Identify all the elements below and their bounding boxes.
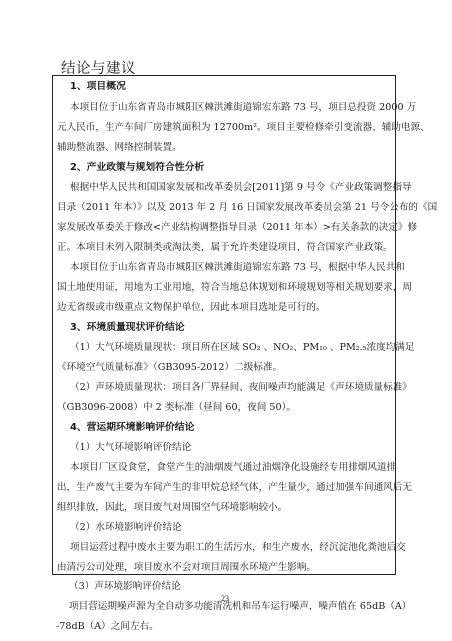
paragraph-line: 本项目厂区设食堂，食堂产生的油烟废气通过油烟净化设施经专用排烟风道排	[70, 462, 396, 474]
conclusion-box: 1、项目概况 本项目位于山东省青岛市城阳区棘洪滩街道锦宏东路 73 号，项目总投…	[52, 75, 396, 575]
section-heading: 2、产业政策与规划符合性分析	[70, 162, 204, 174]
paragraph-line: 国土地使用证，用地为工业用地，符合当地总体规划和环境规划等相关规划要求，周	[57, 282, 412, 294]
subsection-heading: （1）大气环境影响评价结论	[70, 442, 191, 454]
paragraph-line: 正。本项目未列入限制类或淘汰类，属于允许类建设项目，符合国家产业政策。	[57, 242, 393, 254]
section-heading: 1、项目概况	[70, 81, 126, 93]
paragraph-line: 本项目位于山东省青岛市城阳区棘洪滩街道锦宏东路 73 号，项目总投资 2000 …	[70, 102, 416, 114]
page-number: 23	[221, 594, 229, 603]
paragraph-line: 辅助整流器、网络控制装置。	[57, 142, 182, 154]
paragraph-line: 家发展改革委关于修改<产业结构调整指导目录（2011 年本）>有关条款的决定》修	[57, 222, 417, 234]
section-heading: 3、环境质量现状评价结论	[70, 322, 185, 334]
paragraph-line: 由清污公司处理，项目废水不会对项目周围水环境产生影响。	[57, 562, 316, 574]
paragraph-line: 元人民币，生产车间厂房建筑面积为 12700m²。项目主要检修牵引变流器、辅助电…	[57, 122, 430, 134]
paragraph-line: （1）大气环境质量现状：项目所在区域 SO₂ 、NO₂、PM₁₀ 、PM₂.₅浓…	[70, 342, 414, 354]
paragraph-line: 目录（2011 年本）》以及 2013 年 2 月 16 日国家发展改革委员会第…	[57, 202, 437, 214]
paragraph-line: 出，生产废气主要为车间产生的非甲烷总烃气体，产生量少，通过加强车间通风后无	[57, 482, 412, 494]
paragraph-line: （GB3096-2008）中 2 类标准（昼间 60，夜间 50）。	[57, 402, 296, 414]
paragraph-line: 边无省级或市级重点文物保护单位，因此本项目选址是可行的。	[57, 302, 326, 314]
section-heading: 4、营运期环境影响评价结论	[70, 422, 194, 434]
paragraph-line: （2）声环境质量现状：项目各厂界昼间、夜间噪声均能满足《声环境质量标准》	[70, 382, 412, 394]
subsection-heading: （3）声环境影响评价结论	[69, 581, 181, 593]
paragraph-line: 项目运营过程中废水主要为职工的生活污水，和生产废水，经沉淀池化粪池后交	[70, 542, 406, 554]
paragraph-line: 本项目位于山东省青岛市城阳区棘洪滩街道锦宏东路 73 号，根据中华人民共和	[70, 262, 405, 274]
paragraph-line: 根据中华人民共和国国家发展和改革委员会[2011]第 9 号令《产业政策调整指导	[70, 182, 412, 194]
paragraph-line: -78dB（A）之间左右。	[56, 621, 159, 633]
paragraph-line: 组织排放，因此，项目废气对周围空气环境影响较小。	[57, 502, 287, 514]
paragraph-line: 《环境空气质量标准》（GB3095-2012）二级标准。	[57, 362, 282, 374]
subsection-heading: （2）水环境影响评价结论	[70, 522, 182, 534]
paragraph-line: 项目营运期噪声源为全自动多功能清洗机和吊车运行噪声，噪声值在 65dB（A）	[69, 601, 411, 613]
